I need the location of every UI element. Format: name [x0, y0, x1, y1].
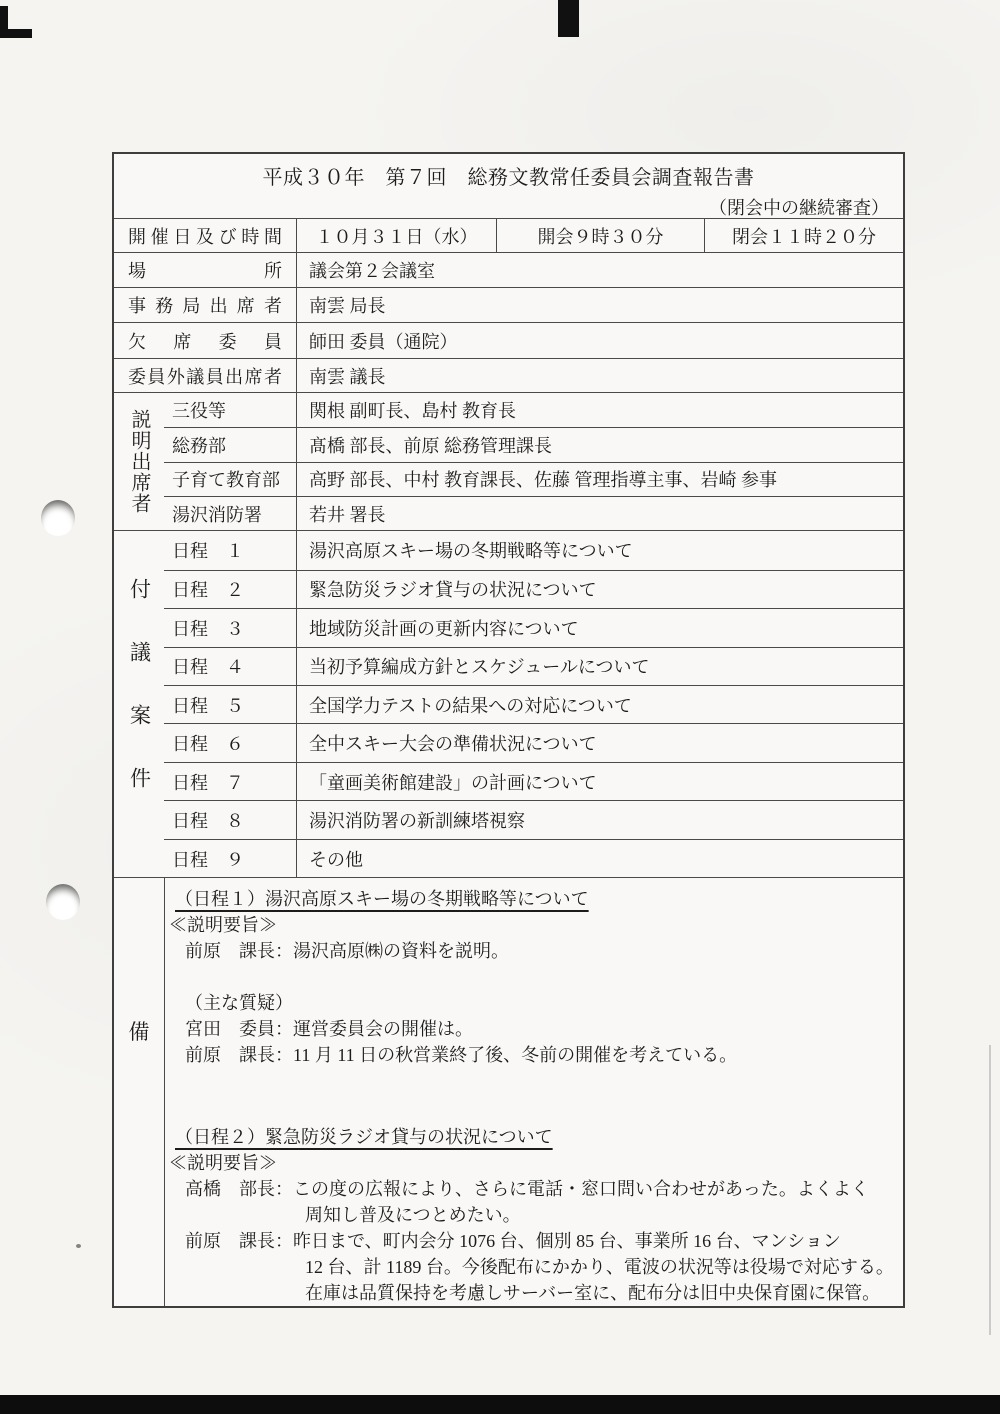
date-value: １０月３１日（水） [296, 219, 496, 252]
punch-hole-top [41, 500, 75, 536]
attendee-names: 関根 副町長、島村 教育長 [296, 393, 903, 427]
remarks-line: 高橋 部長：この度の広報により、さらに電話・窓口問い合わせがあった。よくよく [185, 1176, 903, 1202]
title-cell: 平成３０年 第７回 総務文教常任委員会調査報告書 （閉会中の継続審査） [114, 154, 903, 218]
agenda-title: 「童画美術館建設」の計画について [296, 763, 903, 800]
scan-artifact-bottom-band [0, 1395, 1000, 1414]
table-row: 湯沢消防署 若井 署長 [164, 496, 903, 530]
agenda-title: 全国学力テストの結果への対応について [296, 686, 903, 724]
table-row: 三役等 関根 副町長、島村 教育長 [164, 393, 903, 427]
agenda-no: 日程 ７ [164, 763, 296, 800]
agenda-section-label-cell: 付議案件 [114, 531, 164, 877]
remarks-line: 前原 課長：11 月 11 日の秋営業終了後、冬前の開催を考えている。 [185, 1042, 903, 1068]
table-row: 日程 ２ 緊急防災ラジオ貸与の状況について [164, 570, 903, 608]
scan-artifact-corner-horizontal [0, 29, 32, 38]
remarks-line: 宮田 委員：運営委員会の開催は。 [185, 1016, 903, 1042]
agenda-no: 日程 ４ [164, 648, 296, 685]
agenda-title: 当初予算編成方針とスケジュールについて [296, 648, 903, 685]
agenda-title: 地域防災計画の更新内容について [296, 609, 903, 647]
place-row: 場所 議会第２会議室 [114, 252, 903, 287]
title-row: 平成３０年 第７回 総務文教常任委員会調査報告書 （閉会中の継続審査） [114, 154, 903, 218]
absent-value: 師田 委員（通院） [296, 323, 903, 358]
attendees-section: 説明出席者 三役等 関根 副町長、島村 教育長 総務部 髙橋 部長、前原 総務管… [114, 392, 903, 530]
absent-row: 欠席委員 師田 委員（通院） [114, 322, 903, 358]
remarks-line: 周知し普及につとめたい。 [305, 1202, 903, 1228]
remarks-line: 前原 課長：湯沢高原㈱の資料を説明。 [185, 938, 903, 964]
secretariat-row: 事務局出席者 南雲 局長 [114, 287, 903, 322]
remarks-heading: （日程２）緊急防災ラジオ貸与の状況について [175, 1124, 903, 1150]
scanned-report-page: 平成３０年 第７回 総務文教常任委員会調査報告書 （閉会中の継続審査） 開催日及… [0, 0, 1000, 1414]
agenda-no: 日程 １ [164, 531, 296, 570]
table-row: 日程 ８ 湯沢消防署の新訓練塔視察 [164, 800, 903, 839]
table-row: 日程 ６ 全中スキー大会の準備状況について [164, 723, 903, 762]
table-row: 子育て教育部 高野 部長、中村 教育課長、佐藤 管理指導主事、岩崎 参事 [164, 462, 903, 497]
remarks-line: （主な質疑） [185, 990, 903, 1016]
remarks-content: （日程１）湯沢高原スキー場の冬期戦略等について ≪説明要旨≫ 前原 課長：湯沢高… [164, 878, 903, 1306]
table-row: 日程 １ 湯沢高原スキー場の冬期戦略等について [164, 531, 903, 570]
attendee-group: 子育て教育部 [164, 463, 296, 497]
date-label-cell: 開催日及び時間 [114, 219, 296, 252]
nonmember-row: 委員外議員出席者 南雲 議長 [114, 358, 903, 392]
absent-label-cell: 欠席委員 [114, 323, 296, 358]
attendees-section-label-cell: 説明出席者 [114, 393, 164, 530]
agenda-rows: 日程 １ 湯沢高原スキー場の冬期戦略等について 日程 ２ 緊急防災ラジオ貸与の状… [164, 531, 903, 877]
attendee-group: 三役等 [164, 393, 296, 427]
table-row: 日程 ９ その他 [164, 839, 903, 877]
agenda-title: 湯沢高原スキー場の冬期戦略等について [296, 531, 903, 570]
attendee-group: 総務部 [164, 428, 296, 462]
attendee-names: 高野 部長、中村 教育課長、佐藤 管理指導主事、岩崎 参事 [296, 463, 903, 497]
agenda-no: 日程 ３ [164, 609, 296, 647]
page-title: 平成３０年 第７回 総務文教常任委員会調査報告書 [114, 161, 903, 190]
agenda-title: その他 [296, 840, 903, 877]
remarks-line: 在庫は品質保持を考慮しサーバー室に、配布分は旧中央保育園に保管。 [305, 1280, 903, 1306]
agenda-no: 日程 ８ [164, 801, 296, 839]
remarks-line: ≪説明要旨≫ [169, 1150, 903, 1176]
attendee-group: 湯沢消防署 [164, 497, 296, 530]
remarks-section-label-cell: 備 [114, 878, 164, 1306]
agenda-no: 日程 ６ [164, 724, 296, 762]
secretariat-value: 南雲 局長 [296, 288, 903, 322]
place-label: 場所 [114, 257, 296, 283]
nonmember-label: 委員外議員出席者 [114, 363, 296, 389]
report-table: 平成３０年 第７回 総務文教常任委員会調査報告書 （閉会中の継続審査） 開催日及… [112, 152, 905, 1308]
open-time: 開会９時３０分 [496, 219, 704, 252]
scan-artifact-top [558, 0, 579, 37]
attendees-rows: 三役等 関根 副町長、島村 教育長 総務部 髙橋 部長、前原 総務管理課長 子育… [164, 393, 903, 530]
table-row: 日程 ３ 地域防災計画の更新内容について [164, 608, 903, 647]
agenda-title: 全中スキー大会の準備状況について [296, 724, 903, 762]
scan-speck [76, 1244, 81, 1248]
punch-hole-bottom [46, 884, 80, 920]
remarks-line: 前原 課長：昨日まで、町内会分 1076 台、個別 85 台、事業所 16 台、… [185, 1228, 903, 1254]
agenda-no: 日程 ９ [164, 840, 296, 877]
remarks-spacer [165, 964, 903, 990]
page-subtitle: （閉会中の継続審査） [114, 194, 903, 218]
table-row: 日程 ７ 「童画美術館建設」の計画について [164, 762, 903, 800]
secretariat-label-cell: 事務局出席者 [114, 288, 296, 322]
table-row: 日程 ４ 当初予算編成方針とスケジュールについて [164, 647, 903, 685]
agenda-title: 緊急防災ラジオ貸与の状況について [296, 571, 903, 608]
attendee-names: 若井 署長 [296, 497, 903, 530]
agenda-no: 日程 ２ [164, 571, 296, 608]
secretariat-label: 事務局出席者 [114, 292, 296, 318]
date-label: 開催日及び時間 [114, 223, 296, 249]
remarks-heading: （日程１）湯沢高原スキー場の冬期戦略等について [175, 886, 903, 912]
place-label-cell: 場所 [114, 253, 296, 287]
remarks-section: 備 （日程１）湯沢高原スキー場の冬期戦略等について ≪説明要旨≫ 前原 課長：湯… [114, 877, 903, 1306]
place-value: 議会第２会議室 [296, 253, 903, 287]
nonmember-label-cell: 委員外議員出席者 [114, 359, 296, 392]
agenda-title: 湯沢消防署の新訓練塔視察 [296, 801, 903, 839]
paper-edge-shadow [989, 1045, 991, 1335]
remarks-section-label: 備 [129, 1016, 150, 1046]
nonmember-value: 南雲 議長 [296, 359, 903, 392]
remarks-spacer [165, 1068, 903, 1124]
attendees-section-label: 説明出席者 [129, 409, 149, 514]
agenda-section-label: 付議案件 [129, 578, 150, 830]
date-time-row: 開催日及び時間 １０月３１日（水） 開会９時３０分 閉会１１時２０分 [114, 218, 903, 252]
attendee-names: 髙橋 部長、前原 総務管理課長 [296, 428, 903, 462]
remarks-line: 12 台、計 1189 台。今後配布にかかり、電波の状況等は役場で対応する。 [305, 1254, 903, 1280]
table-row: 総務部 髙橋 部長、前原 総務管理課長 [164, 427, 903, 462]
agenda-no: 日程 ５ [164, 686, 296, 724]
agenda-section: 付議案件 日程 １ 湯沢高原スキー場の冬期戦略等について 日程 ２ 緊急防災ラジ… [114, 530, 903, 877]
table-row: 日程 ５ 全国学力テストの結果への対応について [164, 685, 903, 724]
remarks-line: ≪説明要旨≫ [169, 912, 903, 938]
close-time: 閉会１１時２０分 [704, 219, 903, 252]
absent-label: 欠席委員 [114, 328, 296, 354]
